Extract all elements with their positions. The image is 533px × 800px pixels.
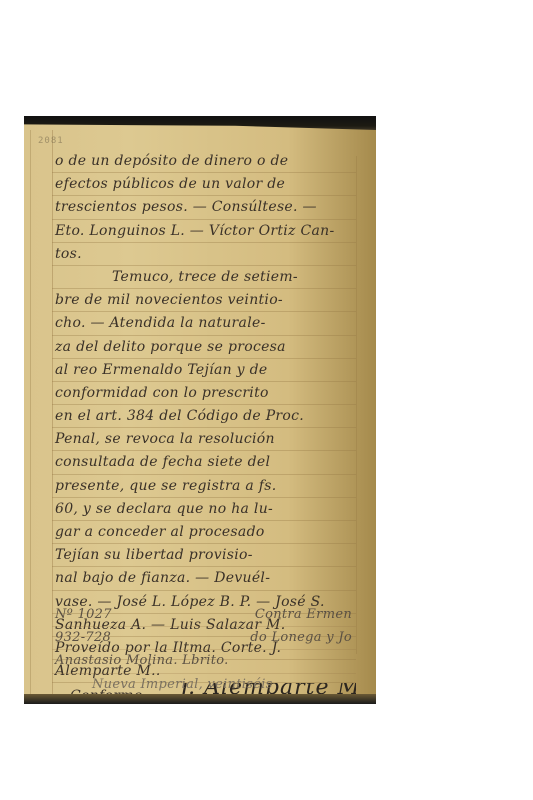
text-line: consultada de fecha siete del — [52, 451, 356, 474]
entry-line: 932-728 do Lonega y Jo — [52, 627, 356, 650]
text-line: o de un depósito de dinero o de — [52, 150, 356, 173]
page-top-shadow — [24, 116, 376, 130]
ledger-page: 2081 o de un depósito de dinero o de efe… — [24, 116, 376, 704]
text-line: 60, y se declara que no ha lu- — [52, 498, 356, 521]
text-line: Temuco, trece de setiem- — [52, 266, 356, 289]
right-note: do Lonega y Jo — [250, 627, 352, 649]
text-line: za del delito porque se procesa — [52, 336, 356, 359]
entry-footer: Nº 1027 Contra Ermen 932-728 do Lonega y… — [52, 604, 356, 697]
entry-number: Nº 1027 — [55, 604, 112, 626]
text-line: cho. — Atendida la naturale- — [52, 312, 356, 335]
text-line: Tejían su libertad provisio- — [52, 544, 356, 567]
folio-number: 2081 — [38, 136, 64, 146]
text-line: conformidad con lo prescrito — [52, 382, 356, 405]
text-line: trescientos pesos. — Consúltese. — — [52, 196, 356, 219]
text-line: Eto. Longuinos L. — Víctor Ortiz Can- — [52, 220, 356, 243]
page-bottom-shadow — [24, 694, 376, 704]
right-note: Contra Ermen — [255, 604, 352, 626]
text-line: tos. — [52, 243, 356, 266]
case-numbers: 932-728 — [55, 627, 111, 649]
text-line: efectos públicos de un valor de — [52, 173, 356, 196]
text-line: bre de mil novecientos veintio- — [52, 289, 356, 312]
entry-line: Anastasio Molina. Lbrito. — [52, 650, 356, 673]
page-edge-line — [30, 130, 31, 694]
text-line: nal bajo de fianza. — Devuél- — [52, 567, 356, 590]
text-line: al reo Ermenaldo Tejían y de — [52, 359, 356, 382]
right-margin-rule — [356, 156, 357, 654]
entry-line: Nº 1027 Contra Ermen — [52, 604, 356, 627]
text-line: en el art. 384 del Código de Proc. — [52, 405, 356, 428]
text-line: Penal, se revoca la resolución — [52, 428, 356, 451]
text-line: presente, que se registra a fs. — [52, 475, 356, 498]
text-line: gar a conceder al procesado — [52, 521, 356, 544]
